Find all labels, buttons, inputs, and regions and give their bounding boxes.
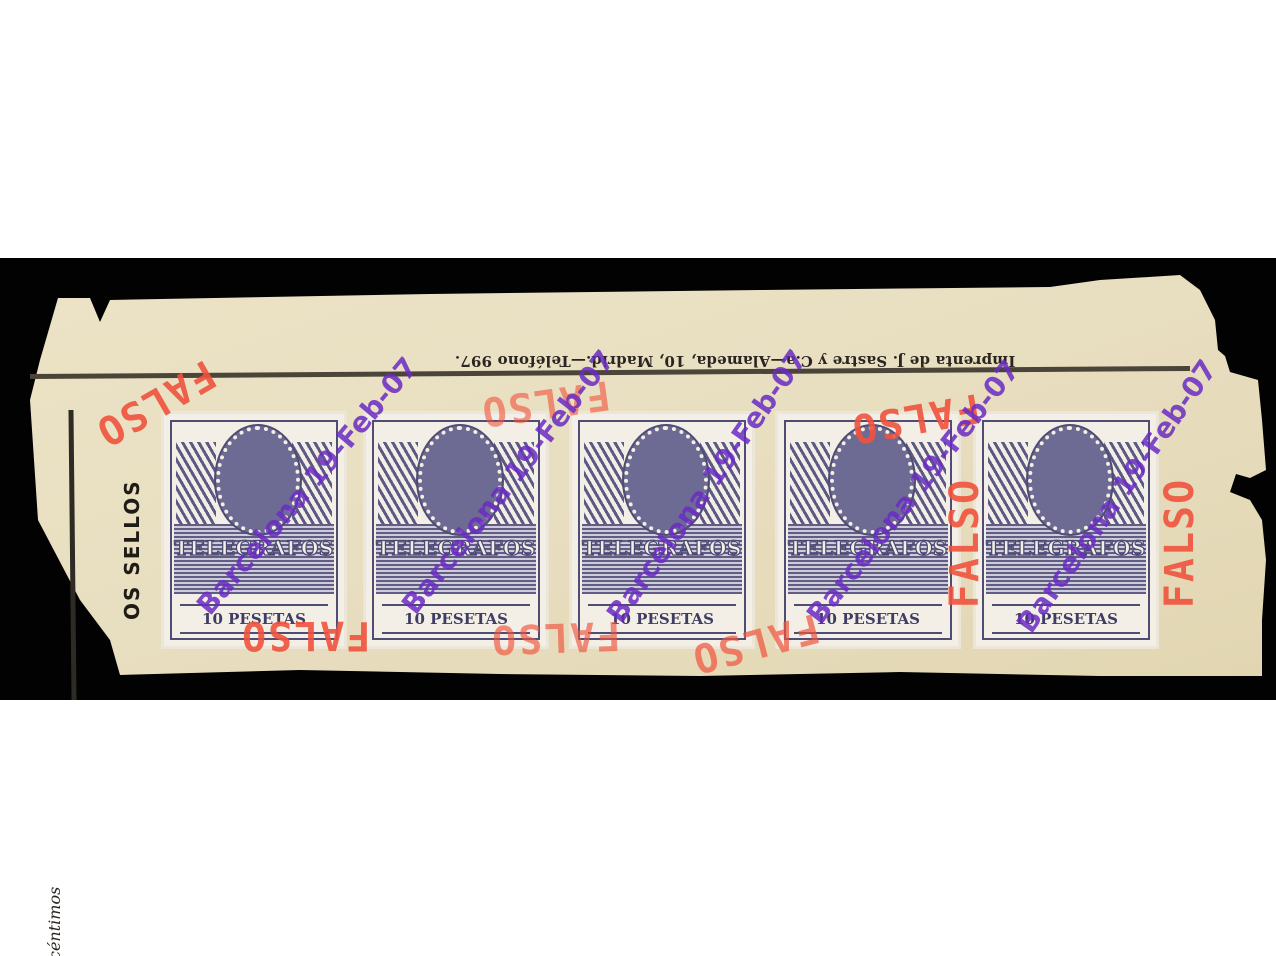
printer-imprint: Imprenta de J. Sastre y C.a—Alameda, 10,… [380, 340, 1090, 370]
falso-overprint: FALSO [1157, 478, 1203, 608]
laurel-left-icon [790, 442, 830, 532]
falso-overprint: FALSO [489, 612, 621, 663]
laurel-left-icon [176, 442, 216, 532]
laurel-left-icon [378, 442, 418, 532]
falso-overprint: FALSO [942, 478, 988, 608]
margin-label: céntimos [45, 840, 65, 956]
falso-overprint: FALSO [240, 612, 370, 658]
laurel-left-icon [988, 442, 1028, 532]
margin-heading: OS SELLOS [120, 479, 144, 620]
laurel-left-icon [584, 442, 624, 532]
